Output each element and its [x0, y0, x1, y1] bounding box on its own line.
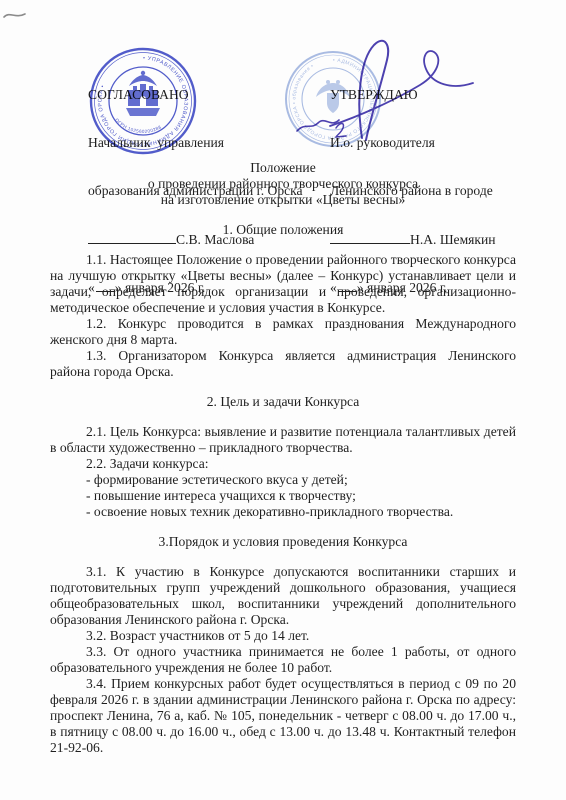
- section-1-heading: 1. Общие положения: [50, 222, 516, 238]
- paragraph-1-2: 1.2. Конкурс проводится в рамках праздно…: [50, 316, 516, 348]
- task-list-item: - формирование эстетического вкуса у дет…: [50, 472, 516, 488]
- handwritten-signature: [280, 30, 485, 160]
- paragraph-1-3: 1.3. Организатором Конкурса является адм…: [50, 348, 516, 380]
- task-list-item: - повышение интереса учащихся к творчест…: [50, 488, 516, 504]
- orsk-coat-of-arms-icon: [126, 71, 160, 116]
- task-list-item: - освоение новых техник декоративно-прик…: [50, 504, 516, 520]
- scanned-document-page: СОГЛАСОВАНО Начальник управления образов…: [0, 0, 566, 800]
- title-line: Положение: [50, 160, 516, 176]
- paragraph-1-1: 1.1. Настоящее Положение о проведении ра…: [50, 252, 516, 316]
- paragraph-2-2: 2.2. Задачи конкурса:: [50, 456, 516, 472]
- paragraph-2-1: 2.1. Цель Конкурса: выявление и развитие…: [50, 424, 516, 456]
- stamp-ogrn-number: ОГРН 102560200288: [114, 117, 162, 134]
- title-line: на изготовление открытки «Цветы весны»: [50, 192, 516, 208]
- paragraph-3-3: 3.3. От одного участника принимается не …: [50, 644, 516, 676]
- round-stamp-left: • УПРАВЛЕНИЕ ОБРАЗОВАНИЯ АДМИНИСТРАЦИИ Г…: [88, 46, 198, 156]
- paragraph-3-2: 3.2. Возраст участников от 5 до 14 лет.: [50, 628, 516, 644]
- paragraph-3-4: 3.4. Прием конкурсных работ будет осущес…: [50, 676, 516, 756]
- pen-mark: [2, 8, 28, 22]
- paragraph-3-1: 3.1. К участию в Конкурсе допускаются во…: [50, 564, 516, 628]
- document-title: Положение о проведении районного творчес…: [50, 160, 516, 208]
- svg-text:ОГРН 102560200288: ОГРН 102560200288: [114, 117, 162, 134]
- section-3-heading: 3.Порядок и условия проведения Конкурса: [50, 534, 516, 550]
- section-2-heading: 2. Цель и задачи Конкурса: [50, 394, 516, 410]
- document-body: Положение о проведении районного творчес…: [50, 160, 516, 756]
- title-line: о проведении районного творческого конку…: [50, 176, 516, 192]
